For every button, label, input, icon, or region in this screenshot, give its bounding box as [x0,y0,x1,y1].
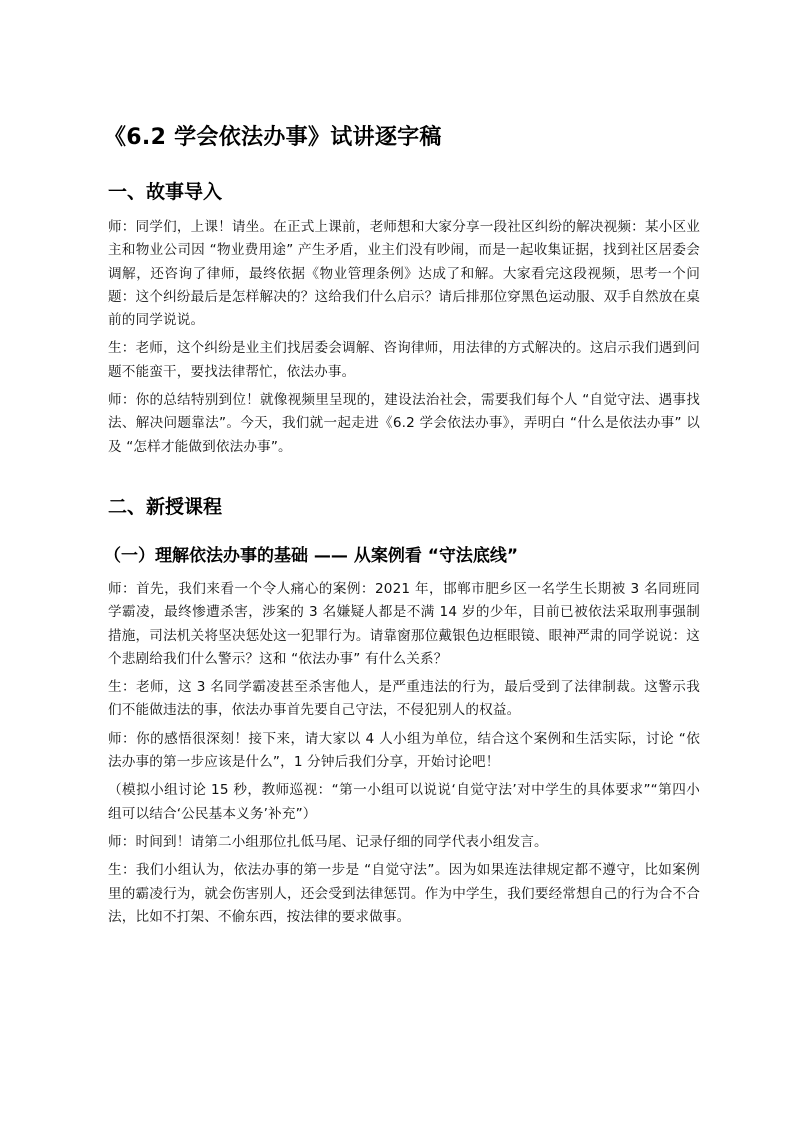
subsection-law-baseline: （一）理解依法办事的基础 —— 从案例看 “守法底线” 师：首先，我们来看一个令… [108,543,700,929]
paragraph-teacher-discussion: 师：你的感悟很深刻！接下来，请大家以 4 人小组为单位，结合这个案例和生活实际，… [108,728,700,775]
section-new-lesson: 二、新授课程 （一）理解依法办事的基础 —— 从案例看 “守法底线” 师：首先，… [108,493,700,929]
paragraph-student-answer: 生：老师，这个纠纷是业主们找居委会调解、咨询律师，用法律的方式解决的。这启示我们… [108,337,700,384]
section-heading-new-lesson: 二、新授课程 [108,493,700,521]
paragraph-teacher-case: 师：首先，我们来看一个令人痛心的案例：2021 年，邯郸市肥乡区一名学生长期被 … [108,578,700,671]
paragraph-teacher-intro: 师：同学们，上课！请坐。在正式上课前，老师想和大家分享一段社区纠纷的解决视频：某… [108,216,700,332]
section-heading-story-intro: 一、故事导入 [108,178,700,206]
paragraph-student-group-answer: 生：我们小组认为，依法办事的第一步是 “自觉守法”。因为如果连法律规定都不遵守，… [108,859,700,929]
document-page: 《6.2 学会依法办事》试讲逐字稿 一、故事导入 师：同学们，上课！请坐。在正式… [108,122,700,934]
subsection-heading-law-baseline: （一）理解依法办事的基础 —— 从案例看 “守法底线” [104,543,700,569]
document-title: 《6.2 学会依法办事》试讲逐字稿 [104,122,700,154]
paragraph-teacher-time-up: 师：时间到！请第二小组那位扎低马尾、记录仔细的同学代表小组发言。 [108,831,700,854]
section-story-intro: 一、故事导入 师：同学们，上课！请坐。在正式上课前，老师想和大家分享一段社区纠纷… [108,178,700,459]
paragraph-student-case-answer: 生：老师，这 3 名同学霸凌甚至杀害他人，是严重违法的行为，最后受到了法律制裁。… [108,676,700,723]
paragraph-stage-direction: （模拟小组讨论 15 秒，教师巡视：“第一小组可以说说‘自觉守法’对中学生的具体… [108,779,700,826]
paragraph-teacher-summary: 师：你的总结特别到位！就像视频里呈现的，建设法治社会，需要我们每个人 “自觉守法… [108,389,700,459]
